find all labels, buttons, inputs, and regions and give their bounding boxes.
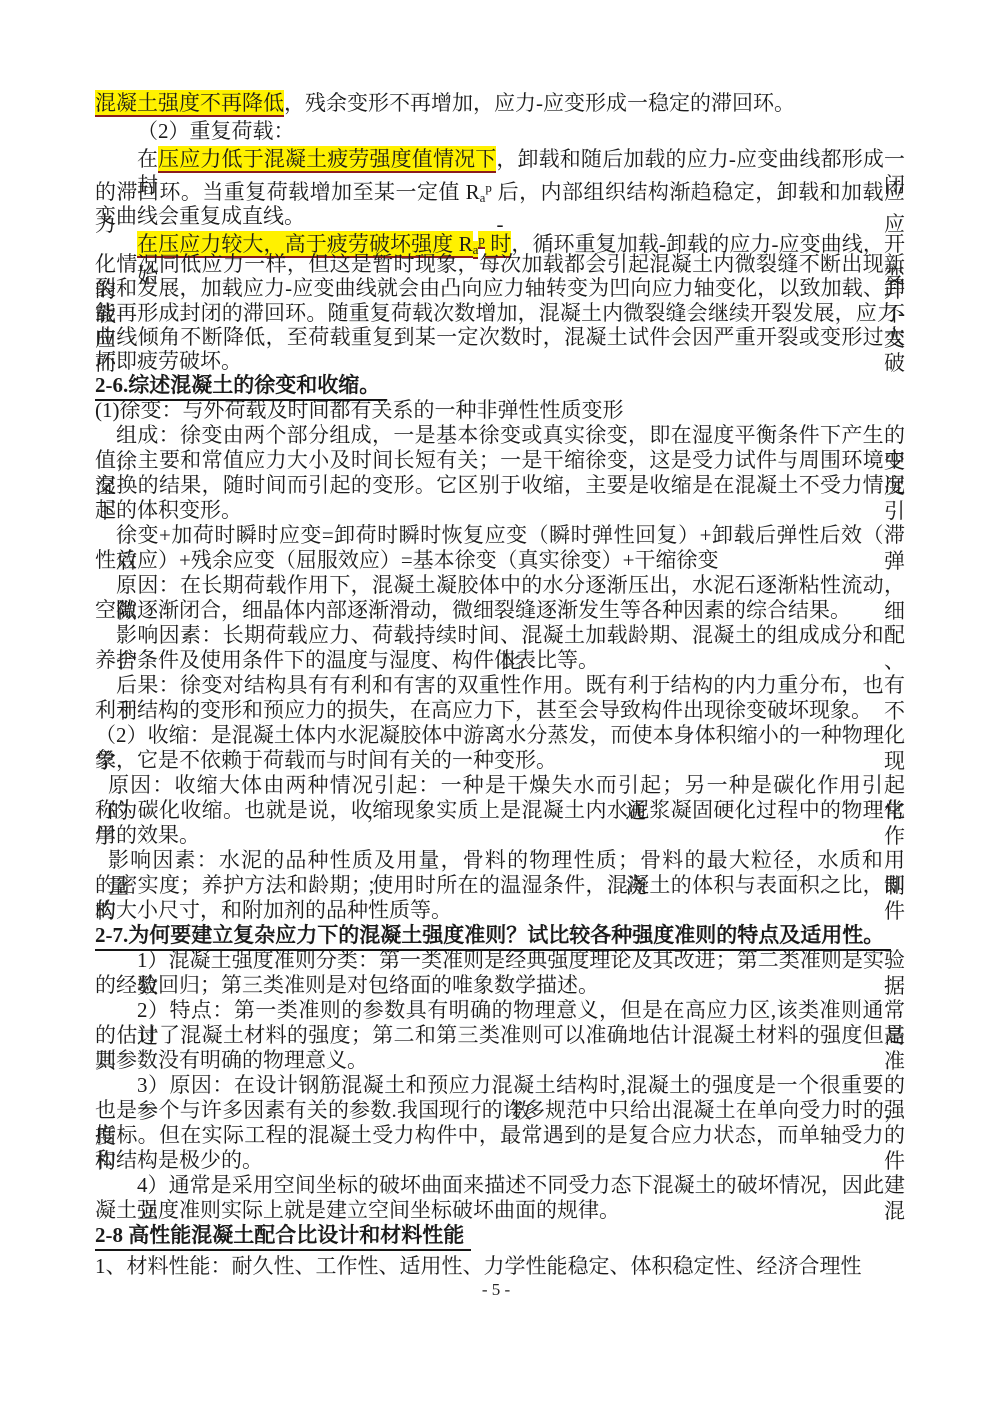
text-line: 凝土强度准则实际上就是建立空间坐标破坏曲面的规律。 bbox=[95, 1197, 905, 1223]
text-line: 的经验回归；第三类准则是对包络面的唯象数学描述。 bbox=[95, 972, 905, 998]
text-line: (1)徐变：与外荷载及时间都有关系的一种非弹性性质变形 bbox=[95, 397, 905, 423]
text-segment: 的滞回环。当重复荷载增加至某一定值 R bbox=[95, 180, 480, 204]
text-line: 的大小尺寸，和附加剂的品种性质等。 bbox=[95, 897, 905, 923]
highlighted-text: 混凝土强度不再降低 bbox=[95, 90, 284, 117]
text-segment: 空隙逐渐闭合，细晶体内部逐渐滑动，微细裂缝逐渐发生等各种因素的综合结果。 bbox=[95, 598, 851, 622]
text-segment: 1、材料性能：耐久性、工作性、适用性、力学性能稳定、体积稳定性、经济合理性 bbox=[95, 1254, 862, 1278]
text-segment: 的大小尺寸，和附加剂的品种性质等。 bbox=[95, 898, 452, 922]
text-line: 利于结构的变形和预应力的损失，在高应力下，甚至会导致构件出现徐变破坏现象。 bbox=[95, 697, 905, 723]
text-line: 空隙逐渐闭合，细晶体内部逐渐滑动，微细裂缝逐渐发生等各种因素的综合结果。 bbox=[95, 597, 905, 623]
text-line: （2）重复荷载： bbox=[137, 118, 905, 144]
text-line: 起的体积变形。 bbox=[95, 497, 905, 523]
section-heading-2-7: 2-7.为何要建立复杂应力下的混凝土强度准则？试比较各种强度准则的特点及适用性。 bbox=[95, 922, 905, 948]
text-segment: 用的效果。 bbox=[95, 823, 200, 847]
text-line: 性效应）+残余应变（屈服效应）=基本徐变（真实徐变）+干缩徐变 bbox=[95, 547, 905, 573]
text-line: 坏即疲劳破坏。 bbox=[95, 348, 905, 374]
highlighted-text: p bbox=[478, 231, 485, 249]
text-segment: 性效应）+残余应变（屈服效应）=基本徐变（真实徐变）+干缩徐变 bbox=[95, 548, 719, 572]
text-segment: 象，它是不依赖于荷载而与时间有关的一种变形。 bbox=[95, 748, 557, 772]
text-segment: 在 bbox=[137, 147, 158, 171]
document-page: 混凝土强度不再降低，残余变形不再增加，应力-应变形成一稳定的滞回环。（2）重复荷… bbox=[0, 0, 992, 1403]
section-heading-2-8: 2-8 高性能混凝土配合比设计和材料性能 bbox=[95, 1222, 905, 1248]
text-line: 变曲线会重复成直线。 bbox=[95, 203, 905, 229]
text-line: 和结构是极少的。 bbox=[95, 1147, 905, 1173]
text-line: 养护条件及使用条件下的温度与湿度、构件体表比等。 bbox=[95, 647, 905, 673]
text-segment: 和结构是极少的。 bbox=[95, 1148, 263, 1172]
heading-underline: 2-8 高性能混凝土配合比设计和材料性能 bbox=[95, 1223, 471, 1251]
text-segment: 坏即疲劳破坏。 bbox=[95, 349, 242, 373]
text-segment: 2-8 高性能混凝土配合比设计和材料性能 bbox=[95, 1223, 464, 1247]
text-segment: 的经验回归；第三类准则是对包络面的唯象数学描述。 bbox=[95, 973, 599, 997]
text-segment: ，残余变形不再增加，应力-应变形成一稳定的滞回环。 bbox=[284, 91, 795, 115]
text-segment: 2-6.综述混凝土的徐变和收缩。 bbox=[95, 373, 380, 397]
text-segment: 变曲线会重复成直线。 bbox=[95, 204, 305, 228]
text-line: 则参数没有明确的物理意义。 bbox=[95, 1047, 905, 1073]
text-line: 用的效果。 bbox=[95, 822, 905, 848]
text-line: 1、材料性能：耐久性、工作性、适用性、力学性能稳定、体积稳定性、经济合理性 bbox=[95, 1253, 905, 1279]
text-segment: (1)徐变：与外荷载及时间都有关系的一种非弹性性质变形 bbox=[95, 398, 623, 422]
text-segment: 起的体积变形。 bbox=[95, 498, 242, 522]
text-segment: 凝土强度准则实际上就是建立空间坐标破坏曲面的规律。 bbox=[95, 1198, 620, 1222]
section-heading-2-6: 2-6.综述混凝土的徐变和收缩。 bbox=[95, 372, 905, 398]
page-number: - 5 - bbox=[0, 1280, 992, 1300]
text-segment: 则参数没有明确的物理意义。 bbox=[95, 1048, 368, 1072]
text-line: 象，它是不依赖于荷载而与时间有关的一种变形。 bbox=[95, 747, 905, 773]
text-segment: 2-7.为何要建立复杂应力下的混凝土强度准则？试比较各种强度准则的特点及适用性。 bbox=[95, 923, 884, 947]
text-segment: 养护条件及使用条件下的温度与湿度、构件体表比等。 bbox=[95, 648, 599, 672]
text-segment: （2）重复荷载： bbox=[137, 119, 295, 143]
text-line: 混凝土强度不再降低，残余变形不再增加，应力-应变形成一稳定的滞回环。 bbox=[95, 90, 905, 116]
text-segment: 利于结构的变形和预应力的损失，在高应力下，甚至会导致构件出现徐变破坏现象。 bbox=[95, 698, 872, 722]
highlighted-text: 压应力低于混凝土疲劳强度值情况下 bbox=[158, 146, 496, 173]
